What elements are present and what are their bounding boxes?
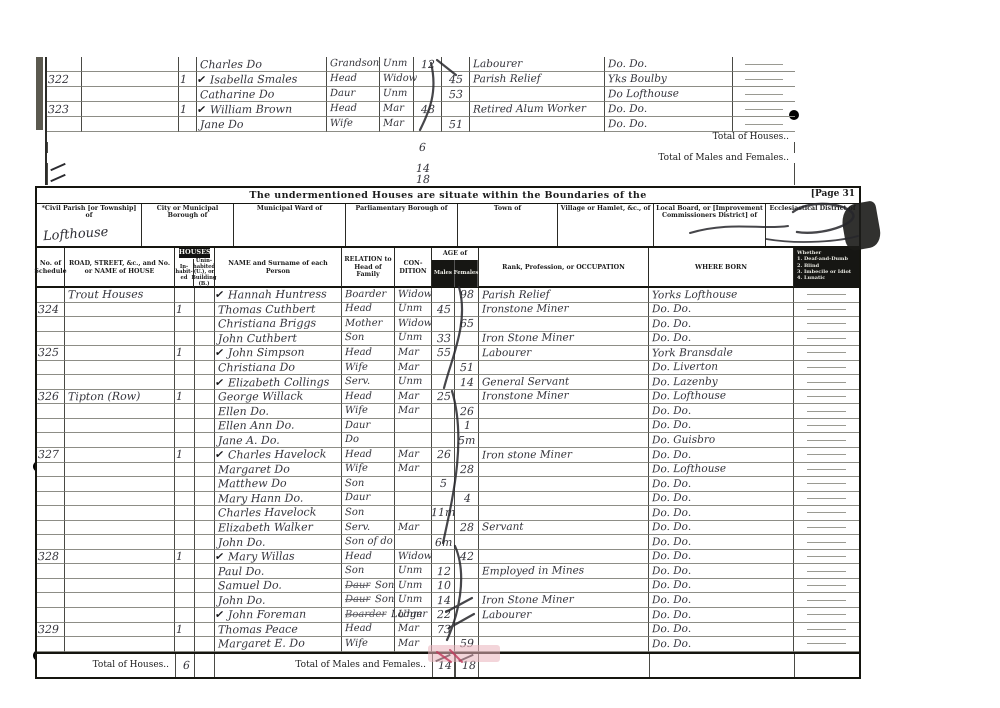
where-born: Do. Do. [649,477,794,492]
person-name: ✓Mary Willas [215,550,342,565]
age-male: 48 [414,102,442,117]
houses-inhabited [175,404,195,419]
age-female [455,623,479,638]
condition: Unm [380,57,414,72]
condition: Mar [395,361,432,376]
top-page-fragment: Charles DoGrandsonUnm12LabourerDo. Do.32… [45,57,795,132]
houses-uninhabited [195,404,215,419]
person-name: John Do. [215,593,342,608]
road-street [82,72,179,87]
table-row: 3241Thomas CuthbertHeadUnm45Ironstone Mi… [37,303,859,318]
age-female [442,57,470,72]
houses-uninhabited [195,448,215,463]
table-row: Jane A. Do.Do5mDo. Guisbro [37,433,859,448]
age-female: 28 [455,463,479,478]
houses-inhabited [175,332,195,347]
occupation [479,623,649,638]
disabilities [794,433,859,448]
houses-uninhabited [195,506,215,521]
where-born: Do. Do. [649,623,794,638]
area-header-row: *Civil Parish [or Township] of Lofthouse… [37,204,859,248]
person-name: Thomas Cuthbert [215,303,342,318]
schedule-no [37,332,65,347]
condition: Mar [395,404,432,419]
disabilities [794,346,859,361]
condition: Unm [395,608,432,623]
condition [395,419,432,434]
person-name: Margaret Do [215,463,342,478]
condition: Unm [395,375,432,390]
relation: Grandson [327,57,380,72]
age-female: 51 [442,117,470,132]
age-female [455,506,479,521]
disabilities [794,608,859,623]
occupation: Iron Stone Miner [479,332,649,347]
road-street: Trout Houses [65,288,175,303]
relation: Serv. [342,375,395,390]
disabilities [794,492,859,507]
houses-uninhabited [195,608,215,623]
where-born: Do. Do. [649,506,794,521]
occupation [479,579,649,594]
person-name: Paul Do. [215,564,342,579]
enumerator-tick-mark: ✓ [214,288,225,302]
houses-inhabited [175,637,195,652]
occupation [479,317,649,332]
road-street [65,375,175,390]
table-row: Paul Do.SonUnm12Employed in MinesDo. Do. [37,564,859,579]
relation: Daur [327,87,380,102]
condition: Mar [395,521,432,536]
houses-uninhabited [195,637,215,652]
schedule-no [37,593,65,608]
age-male [432,550,455,565]
condition [395,492,432,507]
occupation [479,550,649,565]
page-number-marker: [Page 31 [811,189,855,199]
schedule-no [37,477,65,492]
age-male: 45 [432,303,455,318]
occupation: General Servant [479,375,649,390]
disabilities [733,117,795,132]
disabilities [794,506,859,521]
where-born: Do. Do. [649,404,794,419]
schedule-no [37,404,65,419]
age-male: 6m [432,535,455,550]
houses-uninhabited [195,361,215,376]
where-born: Do. Lazenby [649,375,794,390]
disabilities [794,361,859,376]
person-name: Elizabeth Walker [215,521,342,536]
table-row: Trout Houses✓Hannah HuntressBoarderWidow… [37,288,859,303]
civil-parish-value: Lofthouse [43,225,109,245]
where-born: Do. Do. [649,317,794,332]
relation-col-header: RELATION to Head of Family [342,248,395,287]
enumerator-tick-mark: ✓ [214,375,225,389]
table-row: 3281✓Mary WillasHeadWidow42Do. Do. [37,550,859,565]
schedule-no: 329 [37,623,65,638]
houses-inhabited: 1 [175,390,195,405]
where-born: Do. Do. [605,102,733,117]
road-street [65,317,175,332]
table-row: ✓John ForemanBoarderLodgerUnm22LabourerD… [37,608,859,623]
houses-uninhabited [195,433,215,448]
where-born: Do. Do. [649,535,794,550]
name-col-header: NAME and Surname of each Person [215,248,342,287]
relation: Wife [342,404,395,419]
occupation: Servant [479,521,649,536]
occupation [479,535,649,550]
disabilities [794,521,859,536]
age-male: 11m [432,506,455,521]
disabilities [794,477,859,492]
scan-ink-smudge [839,200,882,252]
city-borough-label: City or Municipal Borough of [144,205,231,219]
table-row: John Do.DaurSonUnm14Iron Stone MinerDo. … [37,593,859,608]
schedule-no: 327 [37,448,65,463]
age-female [455,448,479,463]
road-street [65,448,175,463]
houses-inhabited: 1 [175,448,195,463]
relation: Son [342,564,395,579]
schedule-no [37,463,65,478]
road-street [65,579,175,594]
houses-inhabited [175,506,195,521]
occupation: Labourer [479,346,649,361]
age-female [455,535,479,550]
relation: Wife [342,361,395,376]
totals-empty-cell [794,654,859,677]
age-male [432,521,455,536]
person-name: George Willack [215,390,342,405]
disabilities [733,102,795,117]
enumerator-tick-mark: ✓ [214,346,225,360]
total-males-females-label: Total of Males and Females.. [215,660,432,670]
age-female [442,102,470,117]
road-street [65,332,175,347]
person-name: ✓William Brown [197,102,327,117]
relation: Boarder [342,288,395,303]
relation: Son [342,506,395,521]
road-street [65,419,175,434]
occupation: Ironstone Miner [479,390,649,405]
schedule-no [37,535,65,550]
age-male [414,72,442,87]
where-born: Do. Do. [649,608,794,623]
civil-parish-label: *Civil Parish [or Township] of [39,205,139,219]
age-male [432,492,455,507]
where-born: Do. Do. [649,550,794,565]
houses-inhabited: 1 [179,102,197,117]
person-name: Samuel Do. [215,579,342,594]
town-label: Town of [460,205,555,212]
totals-empty-cell [649,654,794,677]
condition: Mar [395,623,432,638]
person-name: ✓John Foreman [215,608,342,623]
person-name: Thomas Peace [215,623,342,638]
age-female [455,579,479,594]
age-male [432,419,455,434]
road-street [65,303,175,318]
person-name: John Cuthbert [215,332,342,347]
schedule-no: 326 [37,390,65,405]
occupation [479,433,649,448]
village-hamlet-label: Village or Hamlet, &c., of [560,205,651,212]
age-male [432,361,455,376]
condition [395,477,432,492]
table-row: Matthew DoSon5Do. Do. [37,477,859,492]
occupation: Iron stone Miner [479,448,649,463]
person-name: Jane A. Do. [215,433,342,448]
census-form: The undermentioned Houses are situate wi… [35,186,861,679]
houses-inhabited [175,361,195,376]
table-row: Samuel Do.DaurSonUnm10Do. Do. [37,579,859,594]
enumerator-tick-mark: ✓ [196,102,207,116]
road-street [65,593,175,608]
houses-uninhabited [195,477,215,492]
table-row: 326Tipton (Row)1George WillackHeadMar25I… [37,390,859,405]
schedule-no: 323 [47,102,82,117]
occupation: Parish Relief [479,288,649,303]
age-col-title: AGE of [443,248,467,260]
houses-inhabited: 1 [179,72,197,87]
table-row: Christiana BriggsMotherWidow65Do. Do. [37,317,859,332]
enumerator-tick-mark: ✓ [214,608,225,622]
relation: Head [327,72,380,87]
relation: Daur [342,492,395,507]
condition: Unm [395,332,432,347]
schedule-no [37,433,65,448]
road-street [65,477,175,492]
condition: Mar [380,102,414,117]
person-name: ✓John Simpson [215,346,342,361]
houses-inhabited [175,288,195,303]
houses-uninhabited [195,550,215,565]
condition [395,506,432,521]
houses-uninhabited [195,346,215,361]
where-born: Do. Do. [649,332,794,347]
top-fragment-totals-row: Total of Houses.. 6 Total of Males and F… [45,132,795,185]
person-name: Jane Do [197,117,327,132]
age-male: 73 [432,623,455,638]
road-street [82,102,179,117]
schedule-no [37,361,65,376]
struck-relation: Boarder [342,610,386,620]
uninhabited-subcol-header: Unin-habited (U.), or Building (B.) [194,259,214,288]
houses-uninhabited [195,492,215,507]
houses-uninhabited [195,623,215,638]
municipal-ward-box: Municipal Ward of [234,204,346,246]
relation: DaurSon [342,593,395,608]
age-males-subcol-header: Males [432,260,455,288]
disabilities [794,623,859,638]
houses-inhabited [175,564,195,579]
condition: Unm [395,303,432,318]
totals-empty-cell [195,654,215,677]
table-row: 3231✓William BrownHeadMar48Retired Alum … [47,102,795,117]
local-board-label: Local Board, or [Improvement Commissione… [656,205,763,219]
age-male: 10 [432,579,455,594]
road-street [65,346,175,361]
table-row: Mary Hann Do.Daur4Do. Do. [37,492,859,507]
age-female: 1 [455,419,479,434]
condition-col-header: CON-DITION [395,248,432,287]
road-street: Tipton (Row) [65,390,175,405]
age-females-subcol-header: Females [455,260,478,288]
person-name: Christiana Do [215,361,342,376]
where-born: York Bransdale [649,346,794,361]
where-born: Do. Do. [649,303,794,318]
condition: Mar [380,117,414,132]
age-male [432,375,455,390]
age-female [455,332,479,347]
total-houses-value: 6 [175,654,195,677]
occupation-col-header: Rank, Profession, or OCCUPATION [479,248,649,287]
relation: DaurSon [342,579,395,594]
road-street [82,87,179,102]
females-tally: 18 [47,174,795,185]
road-street [65,535,175,550]
where-born: Do. Do. [649,419,794,434]
occupation [479,477,649,492]
where-born: Do. Do. [649,593,794,608]
schedule-no [37,288,65,303]
houses-uninhabited [195,463,215,478]
where-born: Do. Do. [649,448,794,463]
person-name: ✓Elizabeth Collings [215,375,342,390]
disabilities [794,637,859,652]
houses-col-header: HOUSES In-habit-ed Unin-habited (U.), or… [175,248,215,287]
relation: Son [342,477,395,492]
age-male [414,87,442,102]
houses-inhabited: 1 [175,346,195,361]
road-street [65,550,175,565]
table-row: Charles DoGrandsonUnm12LabourerDo. Do. [47,57,795,72]
occupation [479,361,649,376]
schedule-no [47,117,82,132]
age-male [432,317,455,332]
age-female: 26 [455,404,479,419]
houses-inhabited [175,593,195,608]
age-female: 14 [455,375,479,390]
houses-uninhabited [195,564,215,579]
age-male: 12 [432,564,455,579]
person-name: Charles Do [197,57,327,72]
table-row: Catharine DoDaurUnm53Do Lofthouse [47,87,795,102]
struck-relation: Daur [342,595,370,605]
condition [395,433,432,448]
condition: Mar [395,637,432,652]
struck-relation: Daur [342,581,370,591]
condition: Mar [395,390,432,405]
occupation [479,492,649,507]
table-row: Jane DoWifeMar51Do. Do. [47,117,795,132]
age-female [455,608,479,623]
houses-uninhabited [195,288,215,303]
houses-inhabited [179,57,197,72]
parliamentary-borough-label: Parliamentary Borough of [348,205,455,212]
houses-uninhabited [195,521,215,536]
village-hamlet-box: Village or Hamlet, &c., of [558,204,654,246]
age-male [432,463,455,478]
age-female: 4 [455,492,479,507]
where-born: Yorks Lofthouse [649,288,794,303]
age-female: 51 [455,361,479,376]
occupation: Iron Stone Miner [479,593,649,608]
age-female: 42 [455,550,479,565]
total-of-houses-label: Total of Houses.. [37,660,175,670]
condition: Unm [380,87,414,102]
disabilities [733,87,795,102]
schedule-no [37,492,65,507]
relation: Mother [342,317,395,332]
relation: Son of do [342,535,395,550]
age-male: 25 [432,390,455,405]
where-born: Do. Do. [649,492,794,507]
occupation: Labourer [479,608,649,623]
relation: Son [342,332,395,347]
condition: Widow [395,288,432,303]
relation: Wife [342,637,395,652]
total-houses-value: 6 [47,142,795,153]
occupation [479,419,649,434]
condition: Widow [380,72,414,87]
schedule-no [37,579,65,594]
age-male: 33 [432,332,455,347]
disabilities [733,72,795,87]
disabilities [794,564,859,579]
person-name: ✓Isabella Smales [197,72,327,87]
table-row: John CuthbertSonUnm33Iron Stone MinerDo.… [37,332,859,347]
age-female [455,564,479,579]
schedule-no [37,637,65,652]
where-born: Do Lofthouse [605,87,733,102]
relation: Head [327,102,380,117]
houses-inhabited [175,317,195,332]
person-name: Mary Hann Do. [215,492,342,507]
table-row: Margaret DoWifeMar28Do. Lofthouse [37,463,859,478]
schedule-no [47,87,82,102]
age-male: 22 [432,608,455,623]
scan-edge-bar [36,57,43,130]
condition: Widow [395,317,432,332]
occupation: Parish Relief [470,72,605,87]
disabilities [794,317,859,332]
relation: Wife [327,117,380,132]
houses-uninhabited [195,303,215,318]
road-street [82,57,179,72]
road-street [82,117,179,132]
age-male [432,404,455,419]
where-born: Do. Lofthouse [649,390,794,405]
where-born: Do. Guisbro [649,433,794,448]
age-male: 5 [432,477,455,492]
road-street [65,521,175,536]
houses-inhabited: 1 [175,303,195,318]
person-name: Ellen Do. [215,404,342,419]
age-female: 53 [442,87,470,102]
age-male [432,288,455,303]
town-box: Town of [458,204,558,246]
table-row: Charles HavelockSon11mDo. Do. [37,506,859,521]
relation: Head [342,448,395,463]
where-born: Yks Boulby [605,72,733,87]
occupation: Ironstone Miner [479,303,649,318]
relation: Head [342,550,395,565]
condition: Mar [395,346,432,361]
schedule-no [37,506,65,521]
schedule-no [37,419,65,434]
